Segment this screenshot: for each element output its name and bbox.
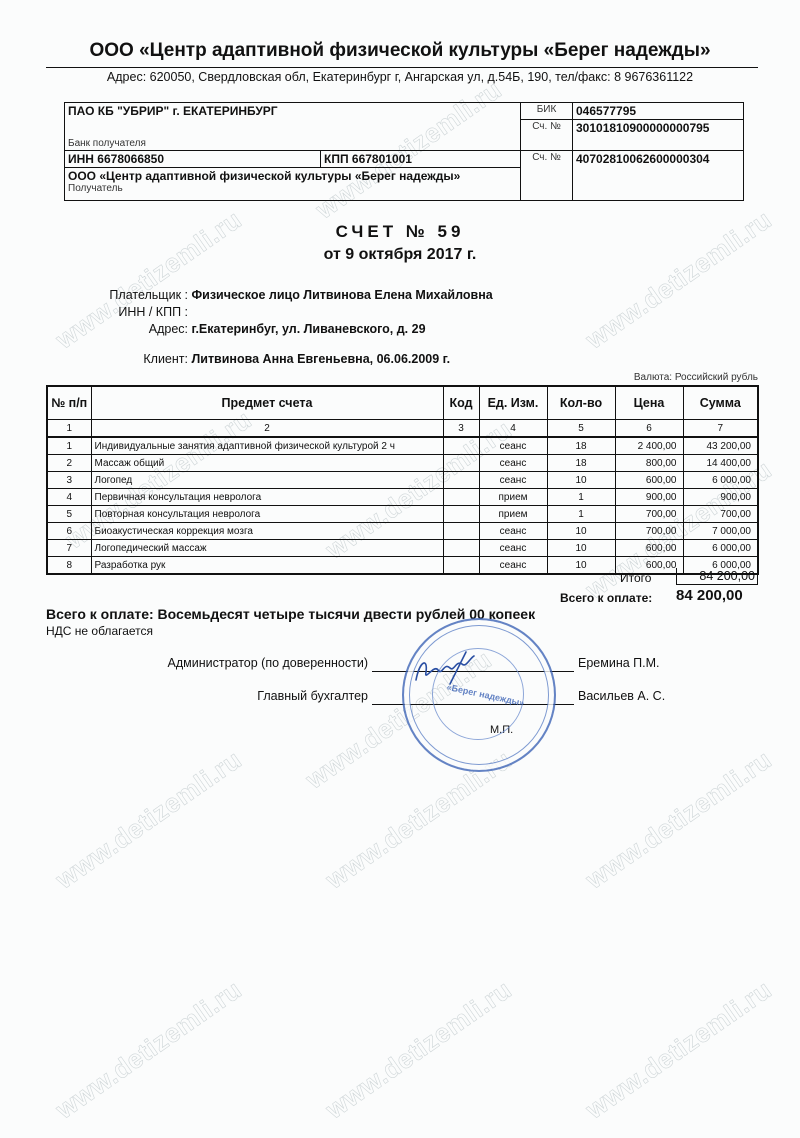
table-row: 4Первичная консультация неврологаприем19… (47, 489, 758, 506)
cell-code (443, 540, 479, 557)
cell-number: 1 (47, 437, 91, 455)
cell-unit: сеанс (479, 523, 547, 540)
cell-sum: 7 000,00 (683, 523, 758, 540)
cell-sum: 900,00 (683, 489, 758, 506)
col-header-item: Предмет счета (91, 386, 443, 420)
col-header-price: Цена (615, 386, 683, 420)
organization-title: ООО «Центр адаптивной физической культур… (0, 40, 800, 62)
bank-name-cell: ПАО КБ "УБРИР" г. ЕКАТЕРИНБУРГ Банк полу… (65, 103, 521, 151)
recipient-cell: ООО «Центр адаптивной физической культур… (65, 168, 521, 201)
cell-item: Логопедический массаж (91, 540, 443, 557)
cell-price: 800,00 (615, 455, 683, 472)
recipient-name: ООО «Центр адаптивной физической культур… (68, 169, 517, 183)
col-header-unit: Ед. Изм. (479, 386, 547, 420)
cell-code (443, 472, 479, 489)
cell-item: Индивидуальные занятия адаптивной физиче… (91, 437, 443, 455)
cell-code (443, 489, 479, 506)
cell-code (443, 523, 479, 540)
table-row: 5Повторная консультация неврологаприем17… (47, 506, 758, 523)
cell-item: Массаж общий (91, 455, 443, 472)
col-number: 7 (683, 420, 758, 438)
inn-kpp-row: ИНН / КПП : (100, 305, 188, 319)
cell-number: 5 (47, 506, 91, 523)
col-header-code: Код (443, 386, 479, 420)
total-value: 84 200,00 (676, 568, 758, 585)
cell-sum: 700,00 (683, 506, 758, 523)
account-label: Сч. № (521, 151, 573, 201)
cell-unit: прием (479, 506, 547, 523)
cell-qty: 1 (547, 506, 615, 523)
cell-sum: 43 200,00 (683, 437, 758, 455)
cell-unit: прием (479, 489, 547, 506)
payer-address-value: г.Екатеринбуг, ул. Ливаневского, д. 29 (191, 322, 425, 336)
invoice-date: от 9 октября 2017 г. (0, 246, 800, 264)
cell-price: 700,00 (615, 506, 683, 523)
client-row: Клиент: Литвинова Анна Евгеньевна, 06.06… (100, 352, 450, 366)
cell-number: 2 (47, 455, 91, 472)
client-value: Литвинова Анна Евгеньевна, 06.06.2009 г. (191, 352, 450, 366)
cell-unit: сеанс (479, 540, 547, 557)
cell-code (443, 455, 479, 472)
bank-label: Банк получателя (68, 138, 146, 149)
cell-item: Повторная консультация невролога (91, 506, 443, 523)
admin-signature-label: Администратор (по доверенности) (100, 656, 368, 670)
table-row: 7Логопедический массажсеанс10600,006 000… (47, 540, 758, 557)
cell-qty: 10 (547, 472, 615, 489)
cell-number: 6 (47, 523, 91, 540)
cell-price: 2 400,00 (615, 437, 683, 455)
cell-item: Логопед (91, 472, 443, 489)
bank-details-table: ПАО КБ "УБРИР" г. ЕКАТЕРИНБУРГ Банк полу… (64, 102, 744, 201)
col-number: 5 (547, 420, 615, 438)
payer-value: Физическое лицо Литвинова Елена Михайлов… (191, 288, 492, 302)
cell-unit: сеанс (479, 455, 547, 472)
bank-name: ПАО КБ "УБРИР" г. ЕКАТЕРИНБУРГ (68, 104, 517, 118)
table-row: 1Индивидуальные занятия адаптивной физич… (47, 437, 758, 455)
cell-item: Биоакустическая коррекция мозга (91, 523, 443, 540)
cell-qty: 10 (547, 557, 615, 575)
cell-number: 8 (47, 557, 91, 575)
cell-sum: 14 400,00 (683, 455, 758, 472)
client-label: Клиент: (100, 352, 188, 366)
cell-number: 7 (47, 540, 91, 557)
bik-value: 046577795 (573, 103, 744, 120)
vat-note: НДС не облагается (46, 624, 153, 638)
cell-unit: сеанс (479, 472, 547, 489)
cell-qty: 10 (547, 540, 615, 557)
corr-account-label: Сч. № (521, 120, 573, 151)
col-header-number: № п/п (47, 386, 91, 420)
corr-account-value: 30101810900000000795 (573, 120, 744, 151)
items-body: 1Индивидуальные занятия адаптивной физич… (47, 437, 758, 574)
handwritten-signature-icon (410, 650, 480, 690)
table-row: 6Биоакустическая коррекция мозгасеанс107… (47, 523, 758, 540)
account-value: 40702810062600000304 (573, 151, 744, 201)
table-row: 2Массаж общийсеанс18800,0014 400,00 (47, 455, 758, 472)
payer-address-row: Адрес: г.Екатеринбуг, ул. Ливаневского, … (100, 322, 426, 336)
column-numbers-row: 1 2 3 4 5 6 7 (47, 420, 758, 438)
payer-label: Плательщик : (100, 288, 188, 302)
cell-sum: 6 000,00 (683, 540, 758, 557)
cell-sum: 6 000,00 (683, 472, 758, 489)
cell-unit: сеанс (479, 437, 547, 455)
cell-qty: 18 (547, 455, 615, 472)
cell-qty: 18 (547, 437, 615, 455)
bik-label: БИК (521, 103, 573, 120)
accountant-name: Васильев А. С. (578, 689, 665, 703)
invoice-title: СЧЕТ № 59 (0, 222, 800, 242)
cell-price: 900,00 (615, 489, 683, 506)
items-table: № п/п Предмет счета Код Ед. Изм. Кол-во … (46, 385, 759, 575)
cell-qty: 10 (547, 523, 615, 540)
col-header-qty: Кол-во (547, 386, 615, 420)
invoice-document: ООО «Центр адаптивной физической культур… (0, 0, 800, 1138)
cell-item: Первичная консультация невролога (91, 489, 443, 506)
payer-address-label: Адрес: (100, 322, 188, 336)
payer-row: Плательщик : Физическое лицо Литвинова Е… (100, 288, 493, 302)
company-seal-stamp: «Берег надежды» (402, 618, 556, 772)
cell-unit: сеанс (479, 557, 547, 575)
recipient-label: Получатель (68, 183, 517, 194)
col-number: 2 (91, 420, 443, 438)
total-label: Итого (620, 571, 651, 585)
cell-number: 3 (47, 472, 91, 489)
table-row: 3Логопедсеанс10600,006 000,00 (47, 472, 758, 489)
organization-address: Адрес: 620050, Свердловская обл, Екатери… (0, 70, 800, 84)
cell-qty: 1 (547, 489, 615, 506)
cell-price: 600,00 (615, 540, 683, 557)
col-number: 1 (47, 420, 91, 438)
header-divider (46, 67, 758, 68)
col-number: 6 (615, 420, 683, 438)
cell-item: Разработка рук (91, 557, 443, 575)
accountant-signature-label: Главный бухгалтер (100, 689, 368, 703)
cell-code (443, 506, 479, 523)
admin-name: Еремина П.М. (578, 656, 660, 670)
cell-code (443, 557, 479, 575)
col-header-sum: Сумма (683, 386, 758, 420)
cell-price: 600,00 (615, 472, 683, 489)
currency-label: Валюта: Российский рубль (634, 372, 758, 383)
inn-kpp-label: ИНН / КПП : (100, 305, 188, 319)
cell-number: 4 (47, 489, 91, 506)
inn-value: ИНН 6678066850 (65, 151, 321, 168)
table-header-row: № п/п Предмет счета Код Ед. Изм. Кол-во … (47, 386, 758, 420)
due-label: Всего к оплате: (560, 591, 652, 605)
due-value: 84 200,00 (676, 587, 743, 604)
kpp-value: КПП 667801001 (321, 151, 521, 168)
cell-code (443, 437, 479, 455)
col-number: 3 (443, 420, 479, 438)
cell-price: 700,00 (615, 523, 683, 540)
col-number: 4 (479, 420, 547, 438)
